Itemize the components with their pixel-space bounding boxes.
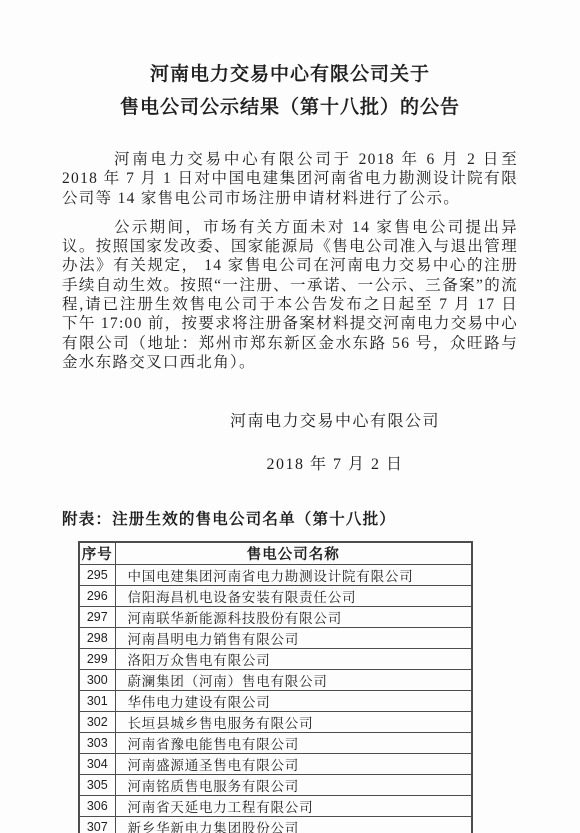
row-company-name: 河南省豫电能售电有限公司 bbox=[115, 733, 472, 754]
registered-companies-table: 序号 售电公司名称 295 中国电建集团河南省电力勘测设计院有限公司 296 信… bbox=[78, 541, 473, 833]
title-line-2: 售电公司公示结果（第十八批）的公告 bbox=[62, 91, 518, 124]
row-serial-number: 306 bbox=[79, 796, 115, 817]
announcement-document: 河南电力交易中心有限公司关于 售电公司公示结果（第十八批）的公告 河南电力交易中… bbox=[0, 0, 580, 833]
document-body: 河南电力交易中心有限公司于 2018 年 6 月 2 日至 2018 年 7 月… bbox=[62, 150, 518, 372]
table-row: 296 信阳海昌机电设备安装有限责任公司 bbox=[79, 586, 472, 607]
row-company-name: 河南省天延电力工程有限公司 bbox=[115, 796, 472, 817]
row-serial-number: 305 bbox=[79, 775, 115, 796]
paragraph-public-notice-period: 河南电力交易中心有限公司于 2018 年 6 月 2 日至 2018 年 7 月… bbox=[62, 150, 518, 208]
table-row: 295 中国电建集团河南省电力勘测设计院有限公司 bbox=[79, 565, 472, 586]
table-row: 300 蔚澜集团（河南）售电有限公司 bbox=[79, 670, 472, 691]
row-company-name: 华伟电力建设有限公司 bbox=[115, 691, 472, 712]
table-header-row: 序号 售电公司名称 bbox=[79, 542, 472, 565]
row-serial-number: 299 bbox=[79, 649, 115, 670]
row-company-name: 洛阳万众售电有限公司 bbox=[115, 649, 472, 670]
row-serial-number: 302 bbox=[79, 712, 115, 733]
row-company-name: 河南联华新能源科技股份有限公司 bbox=[115, 607, 472, 628]
row-serial-number: 304 bbox=[79, 754, 115, 775]
table-row: 301 华伟电力建设有限公司 bbox=[79, 691, 472, 712]
row-company-name: 信阳海昌机电设备安装有限责任公司 bbox=[115, 586, 472, 607]
table-row: 307 新乡华新电力集团股份公司 bbox=[79, 817, 472, 833]
row-serial-number: 295 bbox=[79, 565, 115, 586]
table-row: 302 长垣县城乡售电服务有限公司 bbox=[79, 712, 472, 733]
title-line-1: 河南电力交易中心有限公司关于 bbox=[62, 58, 518, 91]
attachment-heading: 附表：注册生效的售电公司名单（第十八批） bbox=[62, 507, 518, 529]
paragraph-registration-procedure: 公示期间，市场有关方面未对 14 家售电公司提出异议。按照国家发改委、国家能源局… bbox=[62, 218, 518, 372]
table-row: 298 河南昌明电力销售有限公司 bbox=[79, 628, 472, 649]
row-company-name: 河南昌明电力销售有限公司 bbox=[115, 628, 472, 649]
row-company-name: 长垣县城乡售电服务有限公司 bbox=[115, 712, 472, 733]
row-serial-number: 300 bbox=[79, 670, 115, 691]
row-company-name: 新乡华新电力集团股份公司 bbox=[115, 817, 472, 833]
table-body: 295 中国电建集团河南省电力勘测设计院有限公司 296 信阳海昌机电设备安装有… bbox=[79, 565, 472, 833]
row-company-name: 河南铭质售电服务有限公司 bbox=[115, 775, 472, 796]
signature-block: 河南电力交易中心有限公司 2018 年 7 月 2 日 bbox=[210, 408, 460, 474]
table-row: 304 河南盛源通圣售电有限公司 bbox=[79, 754, 472, 775]
signature-organization: 河南电力交易中心有限公司 bbox=[210, 408, 460, 431]
row-serial-number: 298 bbox=[79, 628, 115, 649]
row-serial-number: 307 bbox=[79, 817, 115, 833]
document-title: 河南电力交易中心有限公司关于 售电公司公示结果（第十八批）的公告 bbox=[62, 58, 518, 124]
row-company-name: 中国电建集团河南省电力勘测设计院有限公司 bbox=[115, 565, 472, 586]
row-company-name: 河南盛源通圣售电有限公司 bbox=[115, 754, 472, 775]
column-header-index: 序号 bbox=[79, 542, 115, 565]
signature-date: 2018 年 7 月 2 日 bbox=[210, 451, 460, 474]
row-serial-number: 303 bbox=[79, 733, 115, 754]
table-row: 305 河南铭质售电服务有限公司 bbox=[79, 775, 472, 796]
table-row: 297 河南联华新能源科技股份有限公司 bbox=[79, 607, 472, 628]
table-row: 303 河南省豫电能售电有限公司 bbox=[79, 733, 472, 754]
table-row: 306 河南省天延电力工程有限公司 bbox=[79, 796, 472, 817]
row-serial-number: 297 bbox=[79, 607, 115, 628]
column-header-company-name: 售电公司名称 bbox=[115, 542, 472, 565]
table-row: 299 洛阳万众售电有限公司 bbox=[79, 649, 472, 670]
row-serial-number: 296 bbox=[79, 586, 115, 607]
row-serial-number: 301 bbox=[79, 691, 115, 712]
row-company-name: 蔚澜集团（河南）售电有限公司 bbox=[115, 670, 472, 691]
